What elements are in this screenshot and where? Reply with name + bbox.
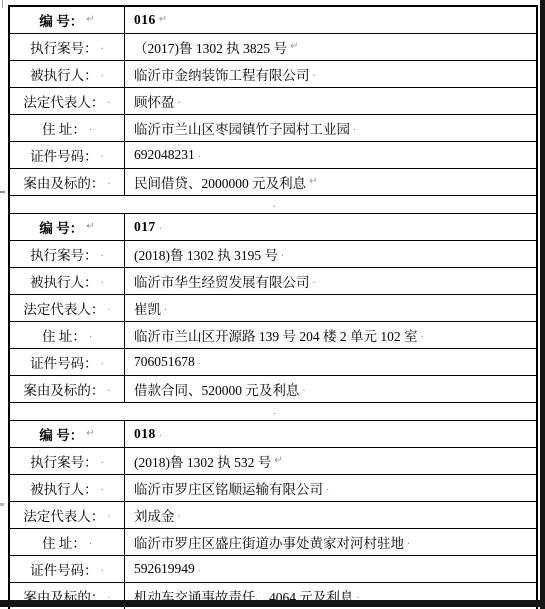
field-value: （2017)鲁 1302 执 3825 号↵ — [125, 34, 536, 60]
field-value-text: （2017)鲁 1302 执 3825 号 — [134, 37, 287, 57]
field-label: 编 号：↵ — [10, 421, 125, 447]
row-serial-number: 编 号：↵ 018. — [10, 421, 536, 448]
paragraph-mark-icon: ↵ — [86, 429, 94, 439]
paragraph-mark-icon: . — [273, 200, 276, 210]
cell-mark-icon: . — [101, 276, 104, 286]
row-address: 住 址：. 临沂市罗庄区盛庄街道办事处黄家对河村驻地. — [10, 529, 536, 556]
row-case-number: 执行案号：. (2018)鲁 1302 执 532 号↵ — [10, 448, 536, 475]
field-label: 证件号码：. — [10, 556, 125, 582]
cell-mark-icon: . — [107, 177, 110, 187]
section-gap-row: . — [10, 196, 536, 214]
cell-mark-icon: . — [421, 330, 424, 340]
cell-mark-icon: . — [164, 303, 167, 313]
field-label: 证件号码：. — [10, 142, 125, 168]
row-legal-representative: 法定代表人：. 顾怀盈. — [10, 88, 536, 115]
cell-mark-icon: . — [89, 123, 92, 133]
field-label-text: 执行案号： — [30, 37, 98, 57]
cell-mark-icon: . — [178, 510, 181, 520]
paragraph-mark-icon: ↵ — [86, 15, 94, 25]
cell-mark-icon: . — [101, 456, 104, 466]
record-block-018: 编 号：↵ 018. 执行案号：. (2018)鲁 1302 执 532 号↵ … — [10, 421, 536, 609]
field-value-text: 592619949 — [134, 561, 195, 577]
field-value-text: (2018)鲁 1302 执 3195 号 — [134, 244, 278, 264]
field-label: 编 号：↵ — [10, 7, 125, 33]
cell-mark-icon: . — [101, 483, 104, 493]
window-edge-bar-bottom — [0, 600, 545, 607]
field-label: 法定代表人：. — [10, 502, 125, 528]
field-label: 被执行人：. — [10, 61, 125, 87]
row-cause-and-subject: 案由及标的：. 借款合同、520000 元及利息. — [10, 376, 536, 403]
field-value-text: 临沂市金纳装饰工程有限公司 — [134, 64, 310, 84]
document-page: 编 号：↵ 016↵ 执行案号：. （2017)鲁 1302 执 3825 号↵… — [0, 0, 545, 609]
cell-mark-icon: . — [107, 303, 110, 313]
field-label: 住 址：. — [10, 322, 125, 348]
row-cause-and-subject: 案由及标的：. 民间借贷、2000000 元及利息↵ — [10, 169, 536, 196]
row-judgment-debtor: 被执行人：. 临沂市华生经贸发展有限公司. — [10, 268, 536, 295]
paragraph-mark-icon: ↵ — [309, 177, 317, 187]
field-label-text: 编 号： — [39, 10, 83, 30]
field-label: 执行案号：. — [10, 34, 125, 60]
cell-mark-icon: . — [107, 96, 110, 106]
field-value: 016↵ — [125, 7, 536, 33]
row-legal-representative: 法定代表人：. 刘成金. — [10, 502, 536, 529]
row-judgment-debtor: 被执行人：. 临沂市罗庄区铭顺运输有限公司. — [10, 475, 536, 502]
field-value: 临沂市罗庄区铭顺运输有限公司. — [125, 475, 536, 501]
field-value: 临沂市华生经贸发展有限公司. — [125, 268, 536, 294]
field-value: 刘成金. — [125, 502, 536, 528]
ruler-tick-mark — [2, 0, 3, 8]
field-label-text: 证件号码： — [30, 145, 98, 165]
field-label: 住 址：. — [10, 115, 125, 141]
field-label-text: 被执行人： — [30, 64, 98, 84]
field-value-text: 崔凯 — [134, 298, 161, 318]
cell-mark-icon: . — [302, 384, 305, 394]
paragraph-mark-icon: . — [273, 407, 276, 417]
cell-mark-icon: . — [101, 564, 104, 574]
field-label-text: 编 号： — [39, 424, 83, 444]
cell-mark-icon: . — [101, 42, 104, 52]
cell-mark-icon: . — [198, 150, 201, 160]
paragraph-mark-icon: ↵ — [274, 456, 282, 466]
row-serial-number: 编 号：↵ 016↵ — [10, 7, 536, 34]
field-label: 执行案号：. — [10, 241, 125, 267]
field-value: 018. — [125, 421, 536, 447]
field-value-text: 民间借贷、2000000 元及利息 — [134, 172, 306, 192]
record-block-017: 编 号：↵ 017. 执行案号：. (2018)鲁 1302 执 3195 号.… — [10, 214, 536, 403]
field-value-text: 692048231 — [134, 147, 195, 163]
field-label-text: 住 址： — [42, 118, 86, 138]
field-value: 借款合同、520000 元及利息. — [125, 376, 536, 402]
field-value: 临沂市金纳装饰工程有限公司. — [125, 61, 536, 87]
field-value-text: (2018)鲁 1302 执 532 号 — [134, 451, 271, 471]
field-label-text: 证件号码： — [30, 352, 98, 372]
field-label-text: 法定代表人： — [23, 298, 104, 318]
field-label-text: 案由及标的： — [23, 379, 104, 399]
field-label-text: 编 号： — [39, 217, 83, 237]
row-id-number: 证件号码：. 706051678. — [10, 349, 536, 376]
paragraph-mark-icon: ↵ — [290, 42, 298, 52]
field-label-text: 执行案号： — [30, 451, 98, 471]
field-label-text: 案由及标的： — [23, 172, 104, 192]
field-label-text: 法定代表人： — [23, 91, 104, 111]
field-value-text: 临沂市罗庄区盛庄街道办事处黄家对河村驻地 — [134, 532, 404, 552]
cell-mark-icon: . — [281, 249, 284, 259]
field-value-text: 016 — [134, 12, 156, 28]
field-label: 被执行人：. — [10, 475, 125, 501]
execution-records-table: 编 号：↵ 016↵ 执行案号：. （2017)鲁 1302 执 3825 号↵… — [8, 5, 538, 609]
field-label-text: 住 址： — [42, 532, 86, 552]
row-case-number: 执行案号：. （2017)鲁 1302 执 3825 号↵ — [10, 34, 536, 61]
field-value-text: 临沂市兰山区开源路 139 号 204 楼 2 单元 102 室 — [134, 325, 418, 345]
field-label-text: 住 址： — [42, 325, 86, 345]
cell-mark-icon: . — [159, 429, 163, 439]
table-resize-tick — [0, 191, 5, 193]
field-value: (2018)鲁 1302 执 532 号↵ — [125, 448, 536, 474]
cell-mark-icon: . — [178, 96, 181, 106]
row-judgment-debtor: 被执行人：. 临沂市金纳装饰工程有限公司. — [10, 61, 536, 88]
field-label-text: 法定代表人： — [23, 505, 104, 525]
cell-mark-icon: . — [353, 123, 356, 133]
field-value-text: 临沂市兰山区枣园镇竹子园村工业园 — [134, 118, 350, 138]
row-case-number: 执行案号：. (2018)鲁 1302 执 3195 号. — [10, 241, 536, 268]
field-label-text: 证件号码： — [30, 559, 98, 579]
row-address: 住 址：. 临沂市兰山区枣园镇竹子园村工业园. — [10, 115, 536, 142]
row-address: 住 址：. 临沂市兰山区开源路 139 号 204 楼 2 单元 102 室. — [10, 322, 536, 349]
field-label-text: 执行案号： — [30, 244, 98, 264]
field-value-text: 017 — [134, 219, 156, 235]
field-value: 706051678. — [125, 349, 536, 375]
field-label: 执行案号：. — [10, 448, 125, 474]
field-value-text: 706051678 — [134, 354, 195, 370]
field-label: 证件号码：. — [10, 349, 125, 375]
field-label: 住 址：. — [10, 529, 125, 555]
field-value-text: 018 — [134, 426, 156, 442]
cell-mark-icon: . — [107, 384, 110, 394]
field-value: 592619949. — [125, 556, 536, 582]
row-legal-representative: 法定代表人：. 崔凯. — [10, 295, 536, 322]
field-label: 法定代表人：. — [10, 295, 125, 321]
paragraph-mark-icon: ↵ — [159, 15, 168, 25]
field-value: 顾怀盈. — [125, 88, 536, 114]
cell-mark-icon: . — [198, 357, 201, 367]
field-value: 崔凯. — [125, 295, 536, 321]
cell-mark-icon: . — [326, 483, 329, 493]
field-value: 临沂市兰山区枣园镇竹子园村工业园. — [125, 115, 536, 141]
field-label: 法定代表人：. — [10, 88, 125, 114]
field-value: 民间借贷、2000000 元及利息↵ — [125, 169, 536, 195]
cell-mark-icon: . — [101, 69, 104, 79]
cell-mark-icon: . — [407, 537, 410, 547]
window-edge-bar-right — [540, 0, 545, 609]
cell-mark-icon: . — [101, 357, 104, 367]
field-label: 案由及标的：. — [10, 169, 125, 195]
paragraph-mark-icon: ↵ — [86, 222, 94, 232]
field-label-text: 被执行人： — [30, 478, 98, 498]
field-value-text: 刘成金 — [134, 505, 175, 525]
cell-mark-icon: . — [101, 249, 104, 259]
section-gap-row: . — [10, 403, 536, 421]
field-value: 692048231. — [125, 142, 536, 168]
field-label: 被执行人：. — [10, 268, 125, 294]
row-id-number: 证件号码：. 592619949. — [10, 556, 536, 583]
field-label: 编 号：↵ — [10, 214, 125, 240]
field-value: 临沂市罗庄区盛庄街道办事处黄家对河村驻地. — [125, 529, 536, 555]
field-value-text: 临沂市华生经贸发展有限公司 — [134, 271, 310, 291]
field-value-text: 顾怀盈 — [134, 91, 175, 111]
field-value: 017. — [125, 214, 536, 240]
table-resize-tick — [0, 503, 4, 506]
field-label-text: 被执行人： — [30, 271, 98, 291]
cell-mark-icon: . — [107, 510, 110, 520]
cell-mark-icon: . — [89, 537, 92, 547]
cell-mark-icon: . — [101, 150, 104, 160]
field-value-text: 临沂市罗庄区铭顺运输有限公司 — [134, 478, 323, 498]
cell-mark-icon: . — [198, 564, 201, 574]
cell-mark-icon: . — [313, 69, 316, 79]
field-value-text: 借款合同、520000 元及利息 — [134, 379, 299, 399]
field-value: (2018)鲁 1302 执 3195 号. — [125, 241, 536, 267]
cell-mark-icon: . — [89, 330, 92, 340]
record-block-016: 编 号：↵ 016↵ 执行案号：. （2017)鲁 1302 执 3825 号↵… — [10, 7, 536, 196]
cell-mark-icon: . — [313, 276, 316, 286]
field-label: 案由及标的：. — [10, 376, 125, 402]
cell-mark-icon: . — [159, 222, 163, 232]
row-serial-number: 编 号：↵ 017. — [10, 214, 536, 241]
row-id-number: 证件号码：. 692048231. — [10, 142, 536, 169]
field-value: 临沂市兰山区开源路 139 号 204 楼 2 单元 102 室. — [125, 322, 536, 348]
